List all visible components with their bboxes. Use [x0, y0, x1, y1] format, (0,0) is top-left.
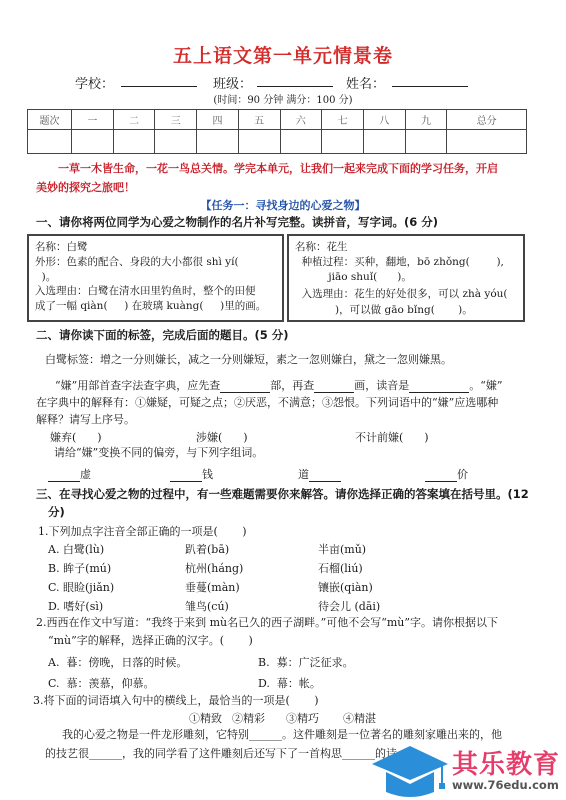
strokes-blank[interactable] — [314, 381, 354, 393]
egret-label-text: 白鹭标签：增之一分则嫌长，减之一分则嫌短，素之一忽则嫌白，黛之一忽则嫌黑。 — [45, 351, 452, 367]
card-line: jiāo shuǐ( )。 — [295, 270, 517, 285]
s2-option-b: B. 募：广泛征求。 — [258, 654, 354, 670]
q3-heading-line-1: 三、在寻找心爱之物的过程中，有一些难题需要你来解答。请你选择正确的答案填在括号里… — [36, 486, 529, 502]
q3-s1-question: 1.下列加点字注音全部正确的一项是( ) — [38, 523, 247, 539]
card-line: 入选理由：花生的好处很多，可以 zhà yóu( — [295, 285, 517, 303]
q2-heading: 二、请你读下面的标签，完成后面的题目。(5 分) — [36, 327, 289, 343]
option-c-1: C. 眼睑(jiǎn) — [48, 579, 114, 595]
compound-blank[interactable] — [425, 470, 457, 482]
score-cell[interactable] — [405, 130, 447, 154]
intro-line-2: 美妙的探究之旅吧！ — [36, 179, 135, 195]
card-line: 外形：色素的配合、身段的大小都很 shì yí( — [35, 255, 276, 270]
watermark-url: www.76edu.com — [452, 778, 559, 792]
card-line: 名称：白鹭 — [35, 239, 276, 255]
text: “嫌”用部首查字法查字典，应先查 — [55, 379, 220, 392]
word-choice-3: ③精巧 — [286, 710, 319, 726]
score-cell[interactable] — [280, 130, 322, 154]
score-cell[interactable] — [447, 130, 527, 154]
page-title: 五上语文第一单元情景卷 — [0, 41, 566, 68]
text: 。“嫌” — [469, 379, 502, 392]
card-line: )，可以做 gāo bǐng( )。 — [295, 303, 517, 318]
score-header-cell: 题次 — [28, 110, 72, 130]
text: 部，再查 — [270, 379, 314, 392]
score-header-cell: 三 — [155, 110, 197, 130]
option-b-1: B. 眸子(mú) — [48, 560, 111, 576]
score-header-cell: 九 — [405, 110, 447, 130]
word-choice-1: ①精致 — [189, 710, 222, 726]
compound-2: 钱 — [170, 466, 213, 482]
card-line: 名称：花生 — [295, 239, 517, 255]
score-cell[interactable] — [197, 130, 239, 154]
compound-blank[interactable] — [48, 470, 80, 482]
word-bujiqianxian: 不计前嫌( ) — [355, 429, 429, 445]
pronunciation-blank[interactable] — [409, 381, 469, 393]
school-label: 学校： — [75, 73, 114, 92]
score-cell[interactable] — [113, 130, 155, 154]
score-cell[interactable] — [322, 130, 364, 154]
q2-para-3: 解释？请写上序号。 — [36, 411, 135, 427]
text: 道 — [298, 468, 309, 481]
option-a-3: 半亩(mǔ) — [318, 541, 366, 557]
compound-4: 价 — [425, 466, 468, 482]
q3-s3-question: 3.将下面的词语填入句中的横线上，最恰当的一项是( ) — [33, 692, 319, 708]
text: 画，读音是 — [354, 379, 409, 392]
score-cell[interactable] — [72, 130, 114, 154]
score-cell[interactable] — [363, 130, 405, 154]
option-a-1: A. 白鹭(lù) — [48, 541, 104, 557]
compound-blank[interactable] — [170, 470, 202, 482]
option-c-3: 镶嵌(qiàn) — [318, 579, 373, 595]
school-field[interactable] — [121, 73, 197, 87]
score-header-cell: 七 — [322, 110, 364, 130]
option-d-1: D. 嗜好(sì) — [48, 598, 103, 614]
score-header-cell: 六 — [280, 110, 322, 130]
option-d-2: 雏鸟(cú) — [185, 598, 229, 614]
radical-blank[interactable] — [220, 381, 270, 393]
word-choice-4: ④精湛 — [343, 710, 376, 726]
exam-meta: (时间：90 分钟 满分：100 分) — [0, 91, 566, 106]
option-b-3: 石榴(liú) — [318, 560, 363, 576]
s2-option-c: C. 慕：羡慕，仰慕。 — [48, 675, 155, 691]
watermark-name: 其乐教育 — [452, 744, 560, 781]
card-line: 成了一幅 qiàn( ) 在玻璃 kuàng( )里的画。 — [35, 299, 276, 314]
option-b-2: 杭州(háng) — [185, 560, 243, 576]
watermark-logo: 其乐教育 www.76edu.com — [372, 742, 566, 800]
score-cell[interactable] — [28, 130, 72, 154]
q3-s2-question-line-1: 2.西西在作文中写道：“我终于来到 mù名已久的西子湖畔。”可他不会写“mù”字… — [36, 614, 498, 630]
score-cell[interactable] — [155, 130, 197, 154]
task-1-title: 【任务一：寻找身边的心爱之物】 — [0, 197, 566, 213]
text: 价 — [457, 468, 468, 481]
q2-para-2: 在字典中的解释有：①嫌疑，可疑之点；②厌恶，不满意；③怨恨。下列词语中的“嫌”应… — [36, 394, 498, 410]
card-line: 种植过程：买种，翻地，bō zhǒng( ), — [295, 255, 517, 270]
text: 虚 — [80, 468, 91, 481]
score-cell[interactable] — [238, 130, 280, 154]
option-a-2: 趴着(bā) — [185, 541, 229, 557]
name-label: 姓名： — [346, 73, 385, 92]
class-label: 班级： — [213, 73, 252, 92]
word-shexian: 涉嫌( ) — [196, 429, 248, 445]
score-header-cell: 总分 — [447, 110, 527, 130]
score-header-cell: 一 — [72, 110, 114, 130]
q2-para-1: “嫌”用部首查字法查字典，应先查部，再查画，读音是。“嫌” — [55, 377, 503, 393]
compound-1: 虚 — [48, 466, 91, 482]
q2-para-4: 请给“嫌”变换不同的偏旁，与下列字组词。 — [54, 444, 263, 460]
score-header-cell: 八 — [363, 110, 405, 130]
score-header-cell: 五 — [238, 110, 280, 130]
score-entry-row — [28, 130, 527, 154]
name-card-peanut: 名称：花生 种植过程：买种，翻地，bō zhǒng( ), jiāo shuǐ(… — [287, 234, 525, 322]
s2-option-a: A. 暮：傍晚，日落的时候。 — [48, 654, 187, 670]
word-choice-2: ②精彩 — [232, 710, 265, 726]
text: 钱 — [202, 468, 213, 481]
q3-heading-line-2: 分) — [48, 504, 65, 520]
class-field[interactable] — [257, 73, 333, 87]
card-line: 入选理由：白鹭在清水田里钓鱼时，整个的田便 — [35, 284, 276, 299]
score-header-cell: 四 — [197, 110, 239, 130]
intro-line-1: 一草一木皆生命，一花一鸟总关情。学完本单元，让我们一起来完成下面的学习任务，开启 — [58, 160, 498, 176]
score-header-row: 题次 一 二 三 四 五 六 七 八 九 总分 — [28, 110, 527, 130]
card-line: )。 — [35, 270, 276, 284]
score-table: 题次 一 二 三 四 五 六 七 八 九 总分 — [27, 109, 527, 154]
compound-3: 道 — [298, 466, 341, 482]
score-header-cell: 二 — [113, 110, 155, 130]
q3-s3-paragraph-line-1: 我的心爱之物是一件龙形雕刻，它特别______。这件雕刻是一位著名的雕刻家雕出来… — [62, 726, 502, 742]
q3-s3-paragraph-line-2: 的技艺很______，我的同学看了这件雕刻后还写下了一首构思______的诗。 — [45, 745, 408, 761]
option-c-2: 垂蔓(màn) — [185, 579, 240, 595]
graduation-cap-icon — [372, 742, 452, 800]
option-d-3: 待会儿 (dāi) — [318, 598, 380, 614]
word-xianqi: 嫌弃( ) — [50, 429, 102, 445]
compound-blank[interactable] — [309, 470, 341, 482]
name-field[interactable] — [392, 73, 468, 87]
q3-s2-question-line-2: “mù”字的解释，选择正确的汉字。( ) — [48, 632, 253, 648]
q1-heading: 一、请你将两位同学为心爱之物制作的名片补写完整。读拼音，写字词。(6 分) — [36, 214, 438, 230]
s2-option-d: D. 幕：帐。 — [258, 675, 321, 691]
name-card-egret: 名称：白鹭 外形：色素的配合、身段的大小都很 shì yí( )。 入选理由：白… — [27, 234, 284, 322]
